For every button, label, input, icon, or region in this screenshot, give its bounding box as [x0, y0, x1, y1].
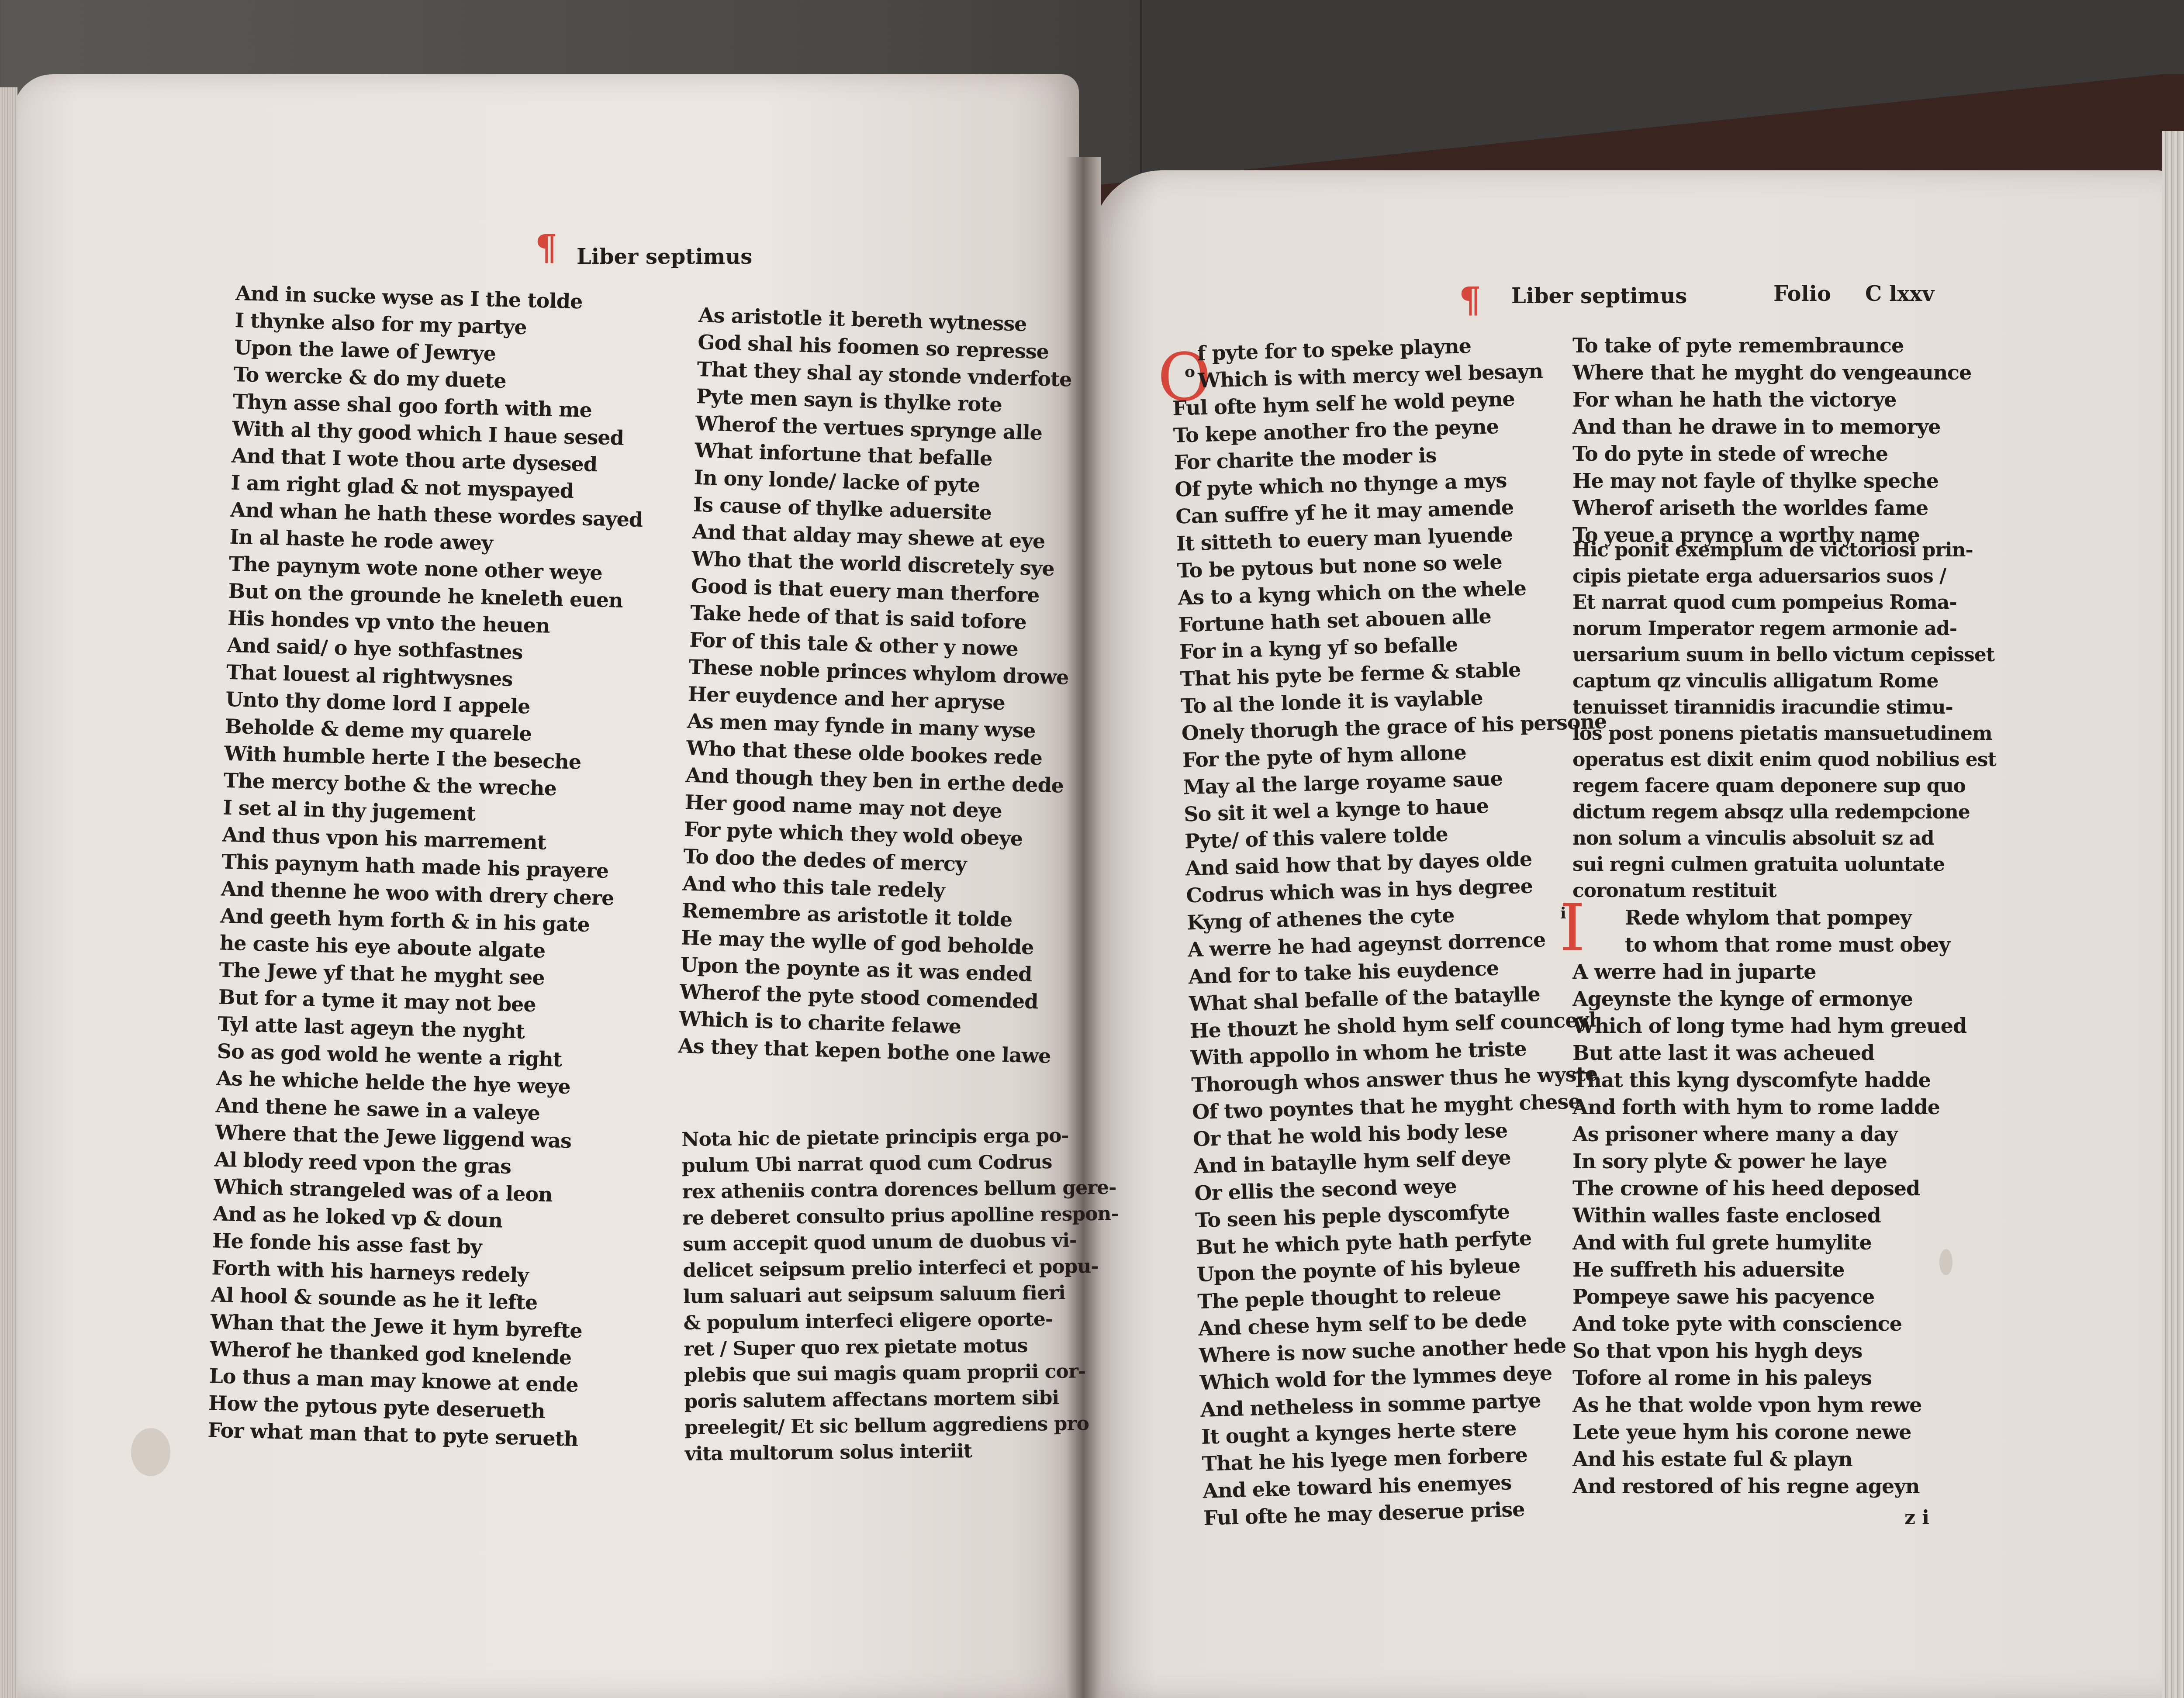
text-line: cipis pietate erga aduersarios suos /: [1572, 563, 1996, 590]
pilcrow-icon: ¶: [1459, 280, 1481, 321]
text-line: And his estate ful & playn: [1572, 1446, 1966, 1473]
left-running-head: Liber septimus: [577, 245, 752, 269]
right-page-column-b-verse: To take of pyte remembraunceWhere that h…: [1572, 332, 1971, 549]
text-line: For whan he hath the victorye: [1572, 386, 1971, 413]
text-line: ret / Super quo rex pietate motus: [684, 1332, 1120, 1363]
text-line: As he that wolde vpon hym rewe: [1572, 1391, 1966, 1418]
signature-mark: z i: [1904, 1507, 1929, 1529]
text-line: to whom that rome must obey: [1572, 931, 1966, 958]
text-line: re deberet consulto prius apolline respo…: [682, 1201, 1119, 1232]
left-page-latin-note: Nota hic de pietate principis erga po-pu…: [681, 1122, 1121, 1467]
text-line: preelegit/ Et sic bellum aggrediens pro: [684, 1411, 1121, 1441]
pilcrow-icon: ¶: [535, 227, 557, 268]
text-line: The crowne of his heed deposed: [1572, 1175, 1966, 1202]
text-line: And toke pyte with conscience: [1572, 1310, 1966, 1337]
text-line: To take of pyte remembraunce: [1572, 332, 1971, 359]
text-line: As prisoner where many a day: [1572, 1121, 1966, 1148]
text-line: coronatum restituit: [1572, 878, 1996, 904]
text-line: And than he drawe in to memorye: [1572, 413, 1971, 440]
paper-stain: [1939, 1249, 1952, 1275]
text-line: regem facere quam deponere sup quo: [1572, 773, 1996, 799]
text-line: But atte last it was acheued: [1572, 1039, 1966, 1066]
text-line: vita multorum solus interiit: [685, 1437, 1121, 1467]
text-line: To do pyte in stede of wreche: [1572, 440, 1971, 467]
text-line: Where that he myght do vengeaunce: [1572, 359, 1971, 386]
text-line: & populum interfeci eligere oporte-: [683, 1306, 1120, 1336]
text-line: Lete yeue hym his corone newe: [1572, 1418, 1966, 1446]
text-line: operatus est dixit enim quod nobilius es…: [1572, 747, 1996, 773]
text-line: So that vpon his hygh deys: [1572, 1337, 1966, 1364]
folio-number: C lxxv: [1865, 282, 1934, 306]
text-line: plebis que sui magis quam proprii cor-: [684, 1358, 1120, 1389]
text-line: Tofore al rome in his paleys: [1572, 1364, 1966, 1391]
text-line: That this kyng dyscomfyte hadde: [1572, 1066, 1966, 1094]
text-line: pulum Ubi narrat quod cum Codrus: [682, 1149, 1118, 1179]
left-page-column-a: And in sucke wyse as I the toldeI thynke…: [207, 280, 648, 1453]
right-page-column-b-continuation: Rede whylom that pompeyto whom that rome…: [1572, 904, 1966, 1500]
text-line: poris salutem affectans mortem sibi: [684, 1384, 1120, 1415]
left-page-column-b: As aristotle it bereth wytnesseGod shal …: [678, 301, 1079, 1070]
paper-stain: [131, 1428, 170, 1476]
text-line: los post ponens pietatis mansuetudinem: [1572, 721, 1996, 747]
text-line: rex atheniis contra dorences bellum gere…: [682, 1175, 1118, 1205]
text-line: Et narrat quod cum pompeius Roma-: [1572, 590, 1996, 616]
right-running-head: Liber septimus: [1511, 284, 1687, 308]
text-line: uersarium suum in bello victum cepisset: [1572, 642, 1996, 668]
text-line: sum accepit quod unum de duobus vi-: [683, 1227, 1119, 1258]
text-line: lum saluari aut seipsum saluum fieri: [683, 1280, 1120, 1310]
text-line: Pompeye sawe his pacyence: [1572, 1283, 1966, 1310]
text-line: non solum a vinculis absoluit sz ad: [1572, 825, 1996, 852]
text-line: Which of long tyme had hym greued: [1572, 1012, 1966, 1039]
left-page-edges: [0, 87, 17, 1698]
text-line: Wherof ariseth the worldes fame: [1572, 494, 1971, 521]
text-line: norum Imperator regem armonie ad-: [1572, 616, 1996, 642]
text-line: Within walles faste enclosed: [1572, 1202, 1966, 1229]
guide-letter-i: i: [1560, 904, 1566, 922]
right-page-edges: [2162, 131, 2184, 1698]
text-line: He may not fayle of thylke speche: [1572, 467, 1971, 494]
text-line: Nota hic de pietate principis erga po-: [681, 1122, 1118, 1153]
text-line: In sory plyte & power he laye: [1572, 1148, 1966, 1175]
text-line: A werre had in juparte: [1572, 958, 1966, 985]
text-line: And forth with hym to rome ladde: [1572, 1094, 1966, 1121]
text-line: And with ful grete humylite: [1572, 1229, 1966, 1256]
text-line: He suffreth his aduersite: [1572, 1256, 1966, 1283]
text-line: Rede whylom that pompey: [1572, 904, 1966, 931]
text-line: Ageynste the kynge of ermonye: [1572, 985, 1966, 1012]
right-page-latin-note: Hic ponit exemplum de victoriosi prin-ci…: [1572, 537, 1996, 904]
text-line: Hic ponit exemplum de victoriosi prin-: [1572, 537, 1996, 563]
folio-label: Folio: [1773, 282, 1831, 306]
text-line: dictum regem absqz ulla redempcione: [1572, 799, 1996, 825]
text-line: sui regni culmen gratuita uoluntate: [1572, 852, 1996, 878]
text-line: delicet seipsum prelio interfeci et popu…: [683, 1253, 1119, 1284]
text-line: captum qz vinculis alligatum Rome: [1572, 668, 1996, 694]
text-line: And restored of his regne ageyn: [1572, 1473, 1966, 1500]
text-line: tenuisset tirannidis iracundie stimu-: [1572, 694, 1996, 721]
